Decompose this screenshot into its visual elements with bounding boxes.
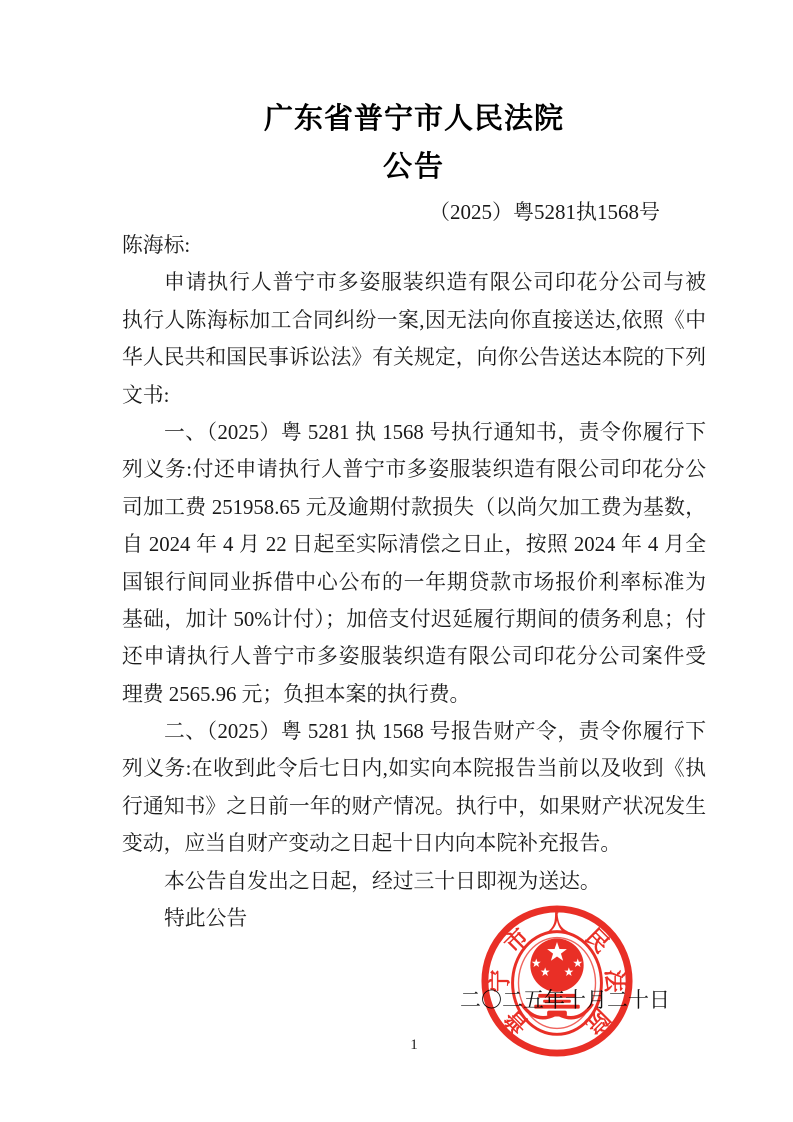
body-line: 自 2024 年 4 月 22 日起至实际清偿之日止，按照 2024 年 4 月… (122, 526, 706, 563)
seal-char: 人 (546, 912, 569, 937)
court-name-title: 广东省普宁市人民法院 (122, 96, 706, 137)
body-line: 司加工费 251958.65 元及逾期付款损失（以尚欠加工费为基数， (122, 489, 706, 526)
body-line: 行通知书》之日前一年的财产情况。执行中，如果财产状况发生 (122, 788, 706, 825)
body-line: 执行人陈海标加工合同纠纷一案,因无法向你直接送达,依照《中 (122, 302, 706, 339)
seal-char: 法 (601, 970, 626, 993)
document-type-title: 公告 (122, 144, 706, 185)
body-line: 文书: (122, 377, 706, 414)
body-line: 华人民共和国民事诉讼法》有关规定，向你公告送达本院的下列 (122, 339, 706, 376)
seal-national-emblem (521, 939, 592, 1018)
body-line: 变动，应当自财产变动之日起十日内向本院补充报告。 (122, 825, 706, 862)
body-line-recipient: 陈海标: (122, 227, 706, 264)
body-line: 一、（2025）粤 5281 执 1568 号执行通知书，责令你履行下 (122, 414, 706, 451)
body-line: 理费 2565.96 元；负担本案的执行费。 (122, 676, 706, 713)
body-line: 还申请执行人普宁市多姿服装织造有限公司印花分公司案件受 (122, 638, 706, 675)
case-number: （2025）粤5281执1568号 (429, 196, 660, 226)
body-line: 二、（2025）粤 5281 执 1568 号报告财产令，责令你履行下 (122, 713, 706, 750)
body-line: 本公告自发出之日起，经过三十日即视为送达。 (122, 863, 706, 900)
body-line: 申请执行人普宁市多姿服装织造有限公司印花分公司与被 (122, 264, 706, 301)
body-line: 国银行间同业拆借中心公布的一年期贷款市场报价利率标准为 (122, 564, 706, 601)
body-line: 列义务:付还申请执行人普宁市多姿服装织造有限公司印花分公 (122, 451, 706, 488)
seal-char: 宁 (488, 969, 513, 992)
body-line: 基础，加计 50%计付）；加倍支付迟延履行期间的债务利息；付 (122, 601, 706, 638)
document-body: 陈海标: 申请执行人普宁市多姿服装织造有限公司印花分公司与被 执行人陈海标加工合… (122, 227, 706, 937)
body-line: 列义务:在收到此令后七日内,如实向本院报告当前以及收到《执 (122, 750, 706, 787)
court-seal: 普 宁 市 人 民 法 院 (478, 902, 636, 1060)
document-page: 广东省普宁市人民法院 公告 （2025）粤5281执1568号 陈海标: 申请执… (0, 0, 793, 1122)
